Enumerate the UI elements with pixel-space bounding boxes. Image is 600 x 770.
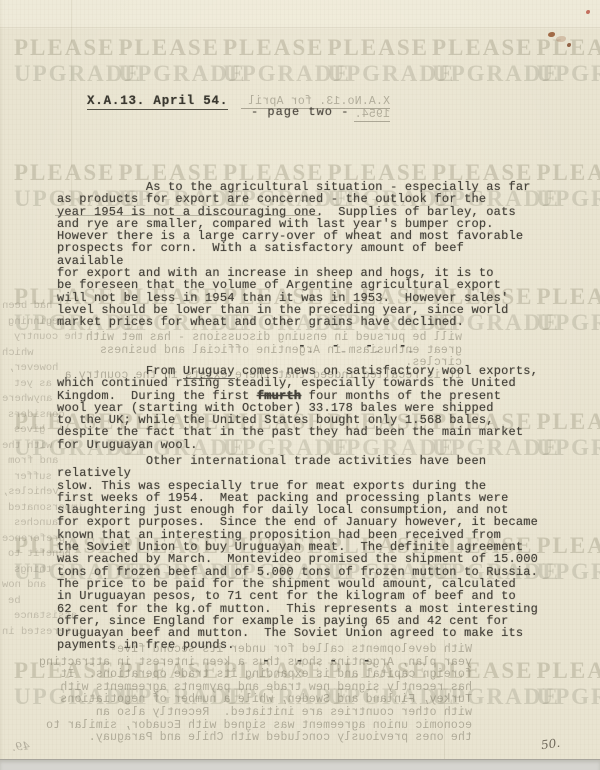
bleed-margin-fragment: benefit to [8, 548, 71, 560]
paper-crease [71, 0, 72, 200]
document-page: PLEASEUPGRADEPLEASEUPGRADEPLEASEUPGRADEP… [0, 0, 600, 770]
doc-reference: X.A.13. April 54. [87, 95, 228, 107]
scan-edge-bottom [0, 759, 600, 770]
bleed-margin-fragment: with the [2, 440, 52, 452]
bleed-margin-fragment: be [8, 595, 21, 607]
section-separator-echo: - - - - [306, 344, 424, 359]
bleed-margin-fragment: gives [14, 424, 46, 436]
bleed-margin-fragment: suffer [14, 471, 52, 483]
bleed-margin-fragment: which [2, 347, 34, 359]
bleed-margin-fragment: interested in [2, 626, 84, 638]
bleed-margin-fragment: and now [2, 579, 46, 591]
bleed-margin-fragment: beginning [8, 316, 65, 328]
paper-crease [0, 27, 600, 28]
bleed-margin-fragment: launches [14, 517, 64, 529]
page-number-pencil: 50. [540, 736, 561, 753]
bleed-margin-fragment: things [14, 564, 52, 576]
bleed-margin-fragment: preference [2, 533, 65, 545]
bleed-margin-fragment: had been [2, 300, 52, 312]
bleed-margin-fragment: assistance [14, 610, 77, 622]
bleed-page-number: 49. [11, 739, 30, 754]
stain-spot [586, 10, 590, 14]
watermark-cell: PLEASEUPGRADE [537, 160, 600, 212]
paragraph-uruguay-wool: From Uruguay comes news on satisfactory … [57, 365, 547, 451]
watermark-cell: PLEASEUPGRADE [537, 284, 600, 336]
bleed-margin-fragment: the country [14, 331, 83, 343]
paragraph-trade-meat: Other international trade activities hav… [57, 455, 557, 652]
bleed-margin-fragment: anywhere [2, 393, 52, 405]
bleed-margin-fragment: as yet [14, 378, 52, 390]
bleed-underline-smudge [55, 215, 320, 216]
paragraph-agriculture-outlook: As to the agricultural situation - espec… [57, 181, 537, 329]
bleed-margin-fragment: considers [8, 409, 65, 421]
bleed-margin-fragment: vehicles, [2, 486, 59, 498]
bleed-margin-fragment: and from [8, 455, 58, 467]
bleed-margin-fragment: however, [8, 362, 58, 374]
page-label: - page two - [251, 106, 349, 118]
bleed-margin-fragment: impersonated [8, 502, 84, 514]
watermark-cell: PLEASEUPGRADE [537, 658, 600, 710]
bleedthrough-bottom: With developments called for under its s… [30, 644, 472, 745]
